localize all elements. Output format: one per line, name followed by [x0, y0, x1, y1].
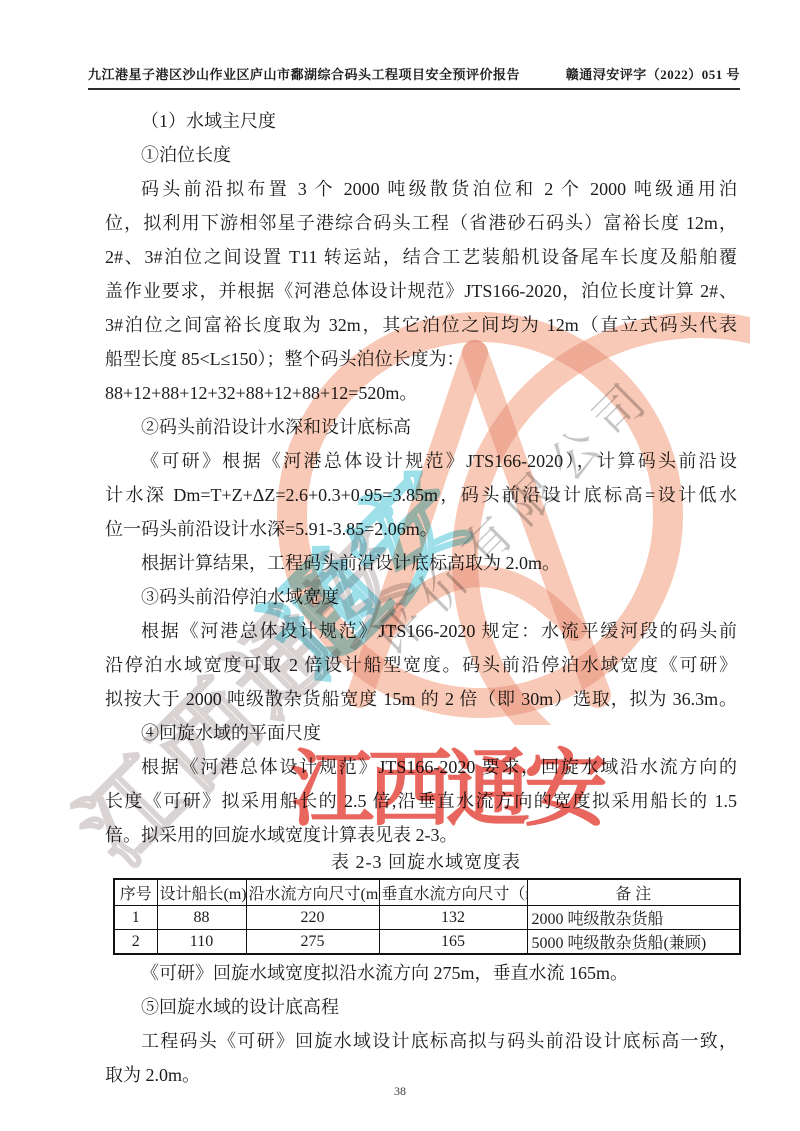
table-cell: 110 — [157, 930, 246, 955]
table-cell: 2000 吨级散杂货船 — [527, 906, 740, 930]
report-title: 九江港星子港区沙山作业区庐山市鄱湖综合码头工程项目安全预评价报告 — [88, 64, 520, 83]
text-line: 码头前沿拟布置 3 个 2000 吨级散货泊位和 2 个 2000 吨级通用泊 — [105, 172, 737, 206]
table-row: 21102751655000 吨级散杂货船(兼顾) — [114, 930, 740, 955]
turning-basin-width-table: 序号设计船长(m)沿水流方向尺寸(m)垂直水流方向尺寸（m）备 注 188220… — [113, 878, 741, 955]
text-line: 计水深 Dm=T+Z+ΔZ=2.6+0.3+0.95=3.85m，码头前沿设计底… — [105, 478, 737, 512]
table-cell: 5000 吨级散杂货船(兼顾) — [527, 930, 740, 955]
text-line: 船型长度 85<L≤150）；整个码头泊位长度为： — [105, 342, 737, 376]
text-line: ⑤回旋水域的设计底高程 — [105, 990, 737, 1024]
text-line: 《可研》根据《河港总体设计规范》JTS166-2020），计算码头前沿设 — [105, 444, 737, 478]
text-line: 盖作业要求，并根据《河港总体设计规范》JTS166-2020，泊位长度计算 2#… — [105, 274, 737, 308]
text-line: 88+12+88+12+32+88+12+88+12=520m。 — [105, 376, 737, 410]
table-header-cell: 沿水流方向尺寸(m) — [246, 879, 379, 906]
table-header-row: 序号设计船长(m)沿水流方向尺寸(m)垂直水流方向尺寸（m）备 注 — [114, 879, 740, 906]
table-cell: 88 — [157, 906, 246, 930]
table-cell: 1 — [114, 906, 157, 930]
body-text-upper: （1）水域主尺度①泊位长度码头前沿拟布置 3 个 2000 吨级散货泊位和 2 … — [105, 104, 737, 852]
text-line: 拟按大于 2000 吨级散杂货船宽度 15m 的 2 倍（即 30m）选取，拟为… — [105, 682, 737, 716]
body-text-lower: 《可研》回旋水域宽度拟沿水流方向 275m，垂直水流 165m。⑤回旋水域的设计… — [105, 956, 737, 1092]
table-header-cell: 垂直水流方向尺寸（m） — [379, 879, 527, 906]
text-line: 长度《可研》拟采用船长的 2.5 倍,沿垂直水流方向的宽度拟采用船长的 1.5 — [105, 784, 737, 818]
text-line: ①泊位长度 — [105, 138, 737, 172]
text-line: 《可研》回旋水域宽度拟沿水流方向 275m，垂直水流 165m。 — [105, 956, 737, 990]
text-line: ②码头前沿设计水深和设计底标高 — [105, 410, 737, 444]
report-page: 九江港星子港区沙山作业区庐山市鄱湖综合码头工程项目安全预评价报告 赣通浔安评字（… — [0, 0, 800, 1131]
table-cell: 275 — [246, 930, 379, 955]
text-line: 2#、3#泊位之间设置 T11 转运站，结合工艺装船机设备尾车长度及船舶覆 — [105, 240, 737, 274]
text-line: 位，拟利用下游相邻星子港综合码头工程（省港砂石码头）富裕长度 12m， — [105, 206, 737, 240]
table-cell: 132 — [379, 906, 527, 930]
text-line: 沿停泊水域宽度可取 2 倍设计船型宽度。码头前沿停泊水域宽度《可研》 — [105, 648, 737, 682]
table-header-cell: 设计船长(m) — [157, 879, 246, 906]
table-cell: 220 — [246, 906, 379, 930]
text-line: 倍。拟采用的回旋水域宽度计算表见表 2-3。 — [105, 818, 737, 852]
table-header-cell: 备 注 — [527, 879, 740, 906]
table-cell: 2 — [114, 930, 157, 955]
text-line: 位一码头前沿设计水深=5.91-3.85=2.06m。 — [105, 512, 737, 546]
text-line: 根据计算结果，工程码头前沿设计底标高取为 2.0m。 — [105, 546, 737, 580]
text-line: 工程码头《可研》回旋水域设计底标高拟与码头前沿设计底标高一致， — [105, 1024, 737, 1058]
text-line: 根据《河港总体设计规范》JTS166-2020 规定：水流平缓河段的码头前 — [105, 614, 737, 648]
table-row: 1882201322000 吨级散杂货船 — [114, 906, 740, 930]
page-header: 九江港星子港区沙山作业区庐山市鄱湖综合码头工程项目安全预评价报告 赣通浔安评字（… — [88, 64, 740, 90]
text-line: ③码头前沿停泊水域宽度 — [105, 580, 737, 614]
page-number: 38 — [0, 1084, 800, 1099]
document-number: 赣通浔安评字（2022）051 号 — [566, 64, 740, 83]
table-cell: 165 — [379, 930, 527, 955]
text-line: 3#泊位之间富裕长度取为 32m，其它泊位之间均为 12m（直立式码头代表 — [105, 308, 737, 342]
table-header-cell: 序号 — [114, 879, 157, 906]
table-caption: 表 2-3 回旋水域宽度表 — [113, 848, 739, 874]
text-line: （1）水域主尺度 — [105, 104, 737, 138]
text-line: 根据《河港总体设计规范》JTS166-2020 要求，回旋水域沿水流方向的 — [105, 750, 737, 784]
text-line: ④回旋水域的平面尺度 — [105, 716, 737, 750]
